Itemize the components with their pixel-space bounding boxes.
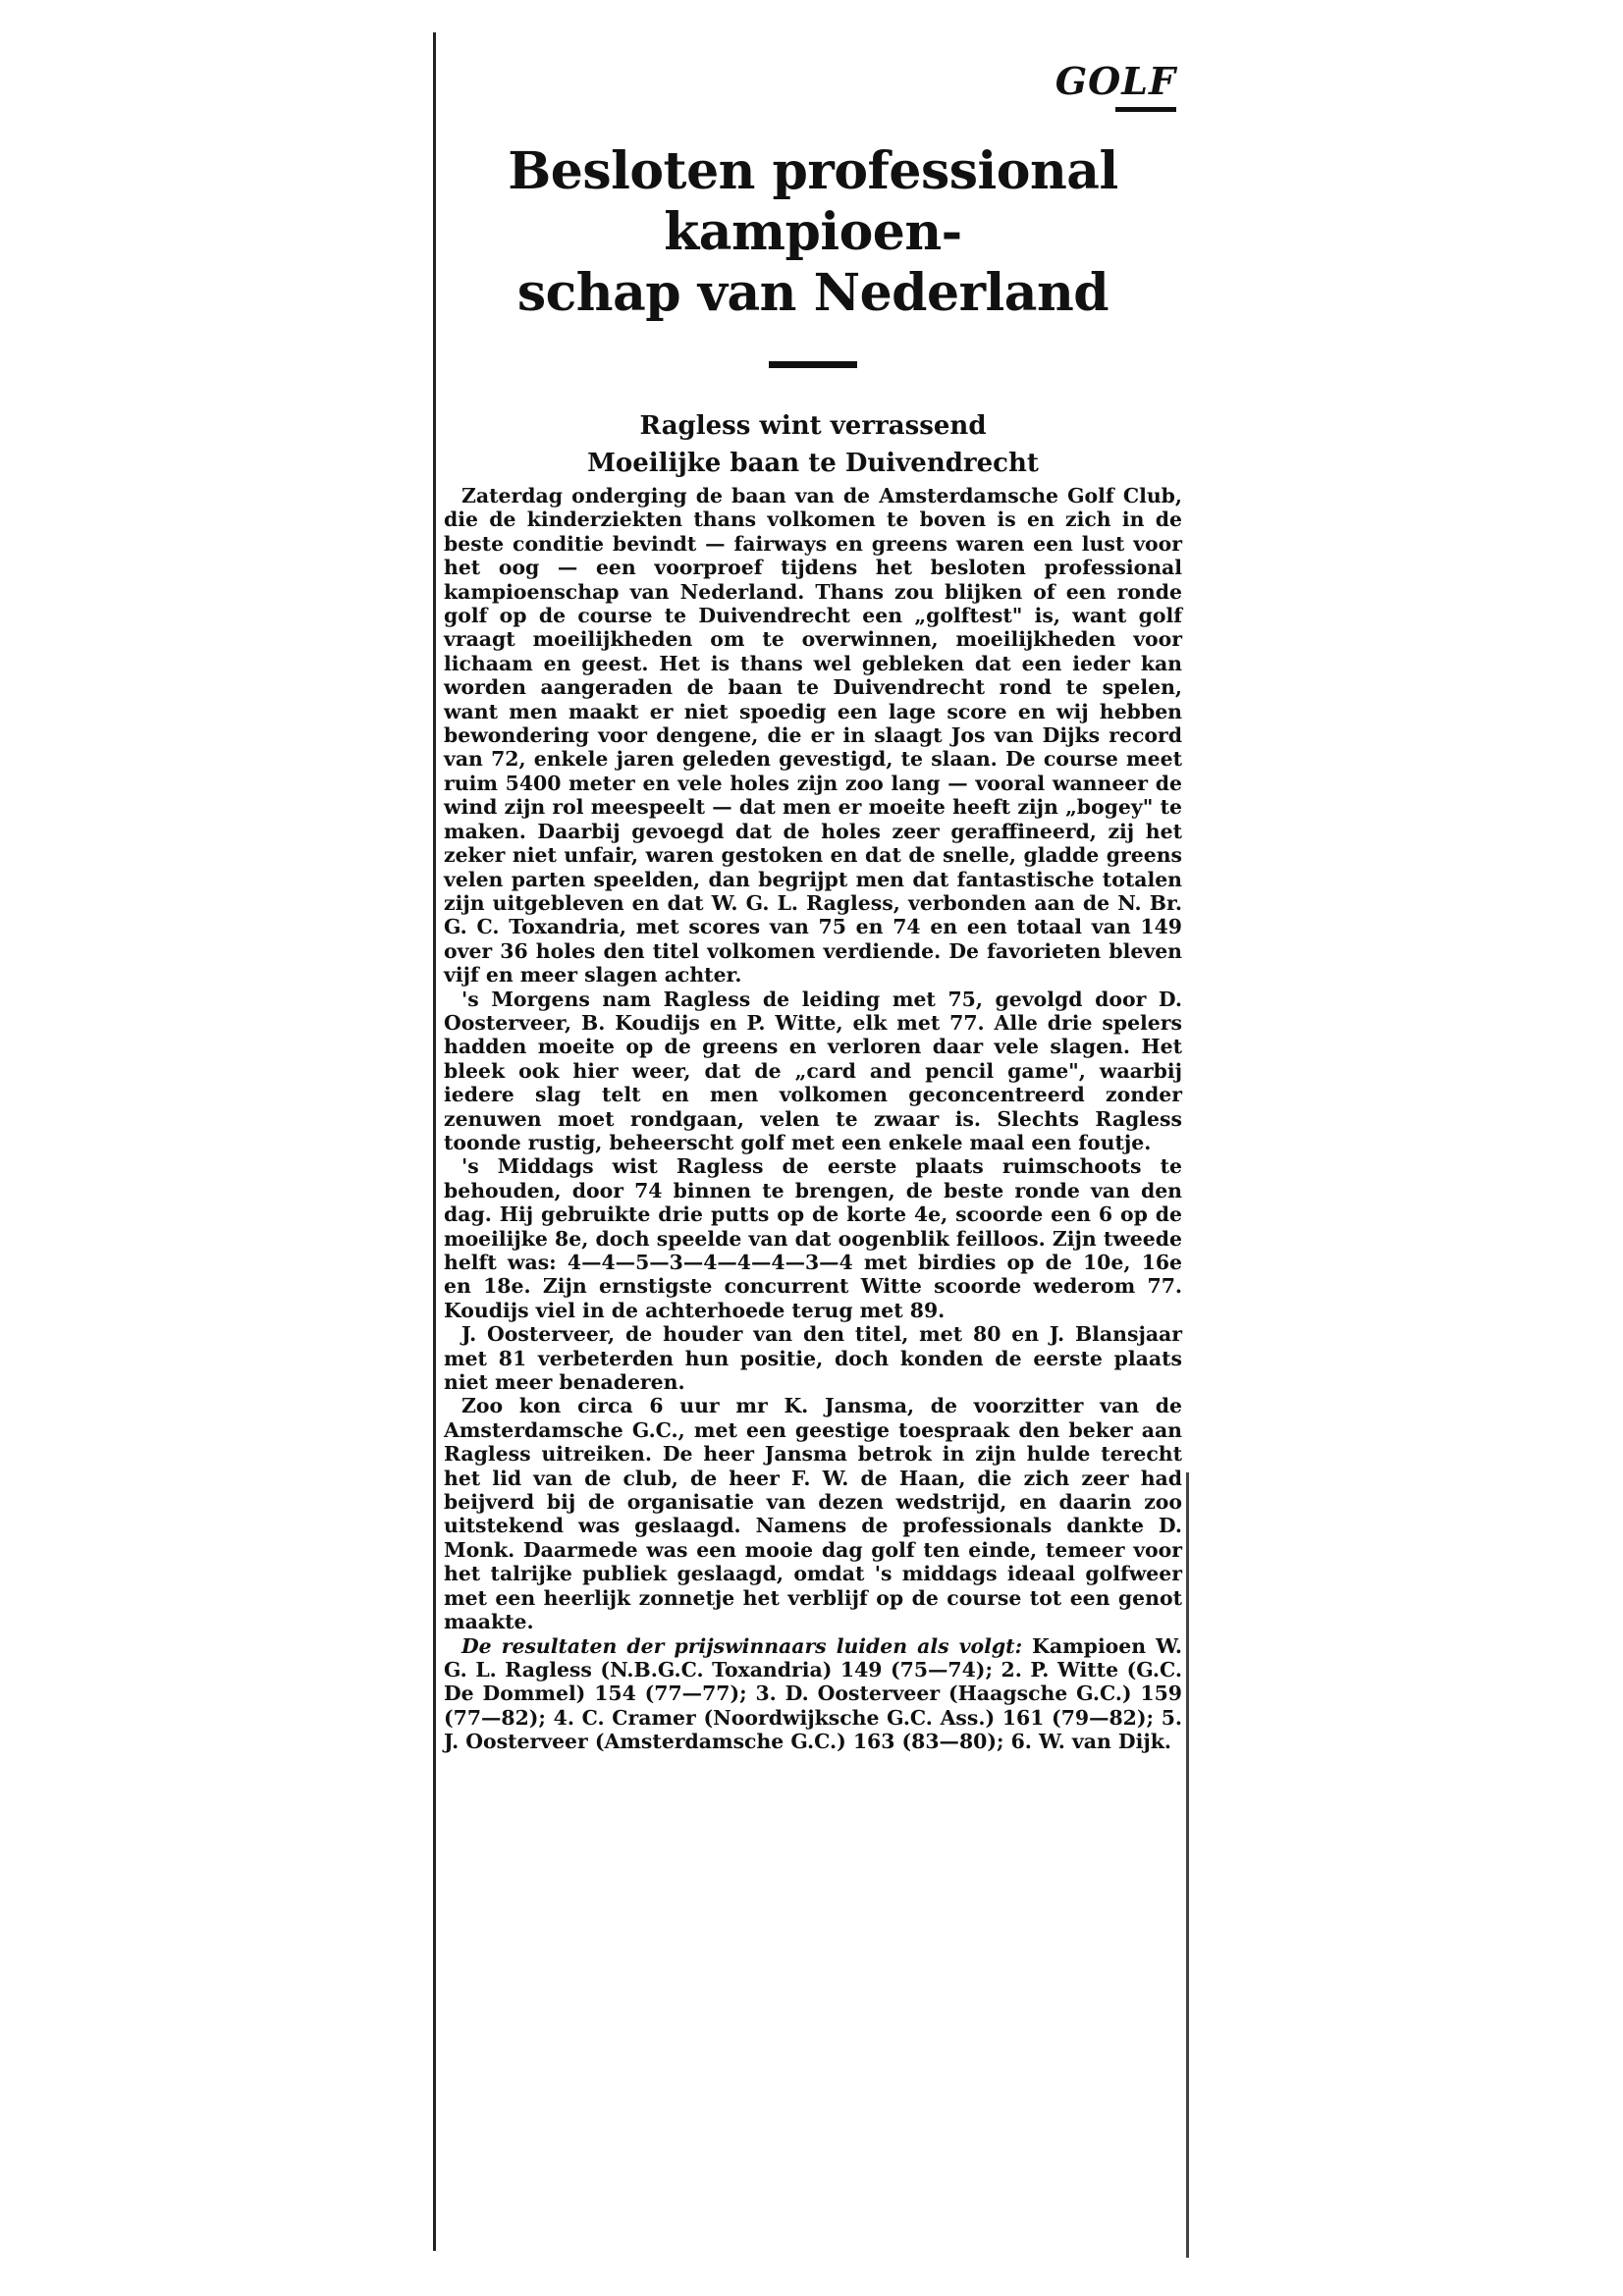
article-column: GOLF Besloten professional kampioen- sch… — [444, 59, 1182, 1754]
column-rule-left — [433, 32, 436, 2251]
article-body: Zaterdag onderging de baan van de Amster… — [444, 484, 1182, 1754]
results-paragraph: De resultaten der prijswinnaars luiden a… — [444, 1634, 1182, 1754]
paragraph-ceremony: Zoo kon circa 6 uur mr K. Jansma, de voo… — [444, 1394, 1182, 1633]
headline-line-1: Besloten professional kampioen- — [444, 141, 1182, 263]
paragraph-afternoon: 's Middags wist Ragless de eerste plaats… — [444, 1154, 1182, 1322]
headline-line-2: schap van Nederland — [444, 263, 1182, 324]
paragraph-titleholder: J. Oosterveer, de houder van den titel, … — [444, 1322, 1182, 1394]
headline-divider — [769, 361, 857, 368]
subheading-2: Moeilijke baan te Duivendrecht — [444, 445, 1182, 482]
paragraph-morning: 's Morgens nam Ragless de leiding met 75… — [444, 988, 1182, 1155]
results-intro: De resultaten der prijswinnaars luiden a… — [461, 1634, 1022, 1658]
column-rule-right — [1186, 1472, 1189, 2258]
section-underline — [1115, 107, 1176, 112]
paragraph-intro: Zaterdag onderging de baan van de Amster… — [444, 484, 1182, 988]
headline: Besloten professional kampioen- schap va… — [444, 141, 1182, 324]
subheading-1: Ragless wint verrassend — [444, 407, 1182, 445]
section-label: GOLF — [444, 59, 1182, 103]
